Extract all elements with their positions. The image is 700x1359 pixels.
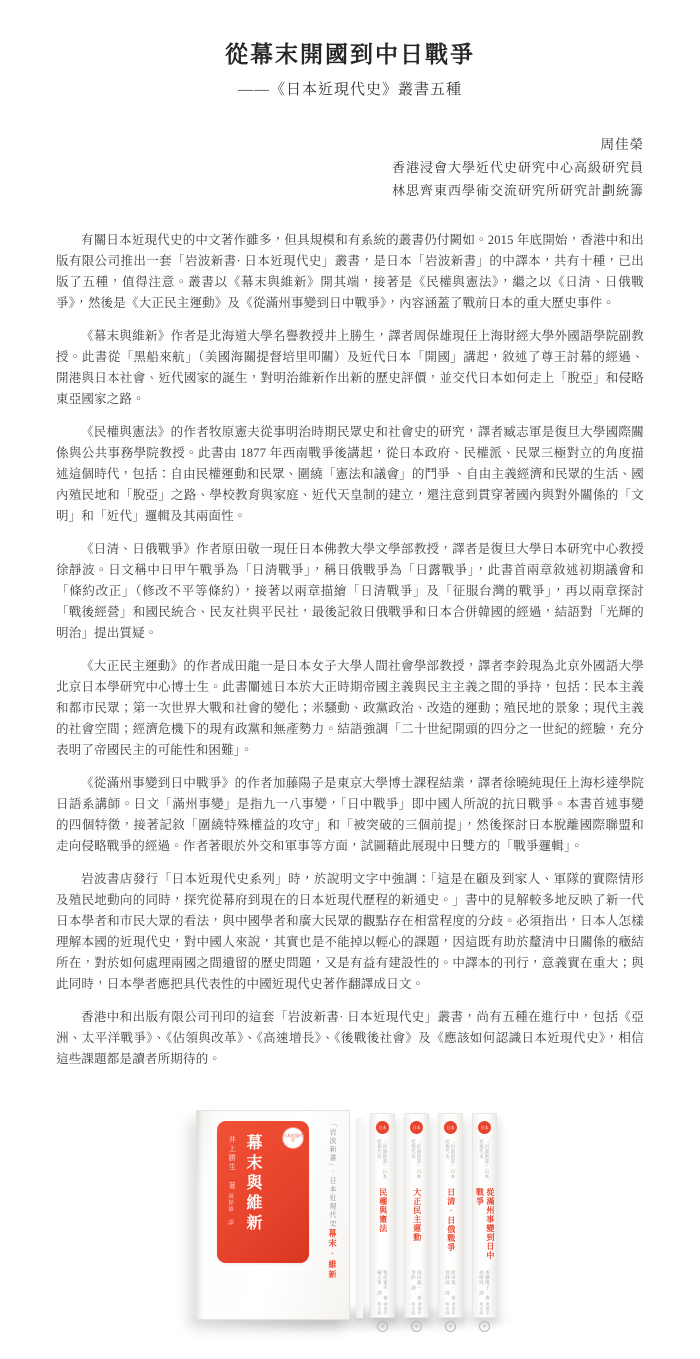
front-cover-translator: 周保雄 譯 <box>226 1193 234 1226</box>
publisher-logo-icon: 中 <box>411 1321 422 1332</box>
book-page-edge <box>356 1118 363 1318</box>
spine-authors: 原田敬一 著 徐靜波 譯 <box>445 1270 457 1302</box>
spine-title: 民權與憲法 <box>377 1188 387 1266</box>
paragraph: 有關日本近現代史的中文著作雖多，但具規模和有系統的叢書仍付闕如。2015 年底開… <box>56 230 644 314</box>
book-spine: 日本 「岩波新書」日本近現代史 大正民主運動 成田龍一 著 李鈴 譯 香港中和出… <box>404 1113 429 1318</box>
paragraph: 《幕末與維新》作者是北海道大學名譽教授井上勝生，譯者周保雄現任上海財經大學外國語… <box>56 326 644 410</box>
spine-title: 從滿州事變到日中戰爭 <box>474 1188 495 1266</box>
author-affiliation-1: 香港浸會大學近代史研究中心高級研究員 <box>56 156 644 179</box>
paragraph: 岩波書店發行「日本近現代史系列」時，於說明文字中強調：「這是在顧及到家人、軍隊的… <box>56 869 644 995</box>
publisher-logo-icon: 中 <box>479 1321 490 1332</box>
paragraph: 《日清、日俄戰爭》作者原田敬一現任日本佛教大學文學部教授，譯者是復旦大學日本研究… <box>56 539 644 644</box>
byline: 周佳榮 香港浸會大學近代史研究中心高級研究員 林思齊東西學術交流研究所研究計劃統… <box>56 133 644 202</box>
front-cover-red-panel: 日本近現代史 幕末與維新 井上勝生 著 周保雄 譯 <box>217 1121 309 1263</box>
author-name: 周佳榮 <box>56 133 644 156</box>
book-spine: 日本 「岩波新書」日本近現代史 日清·日俄戰爭 原田敬一 著 徐靜波 譯 香港中… <box>438 1113 463 1318</box>
page-subtitle: ——《日本近現代史》叢書五種 <box>56 78 644 99</box>
book-spines: 日本 「岩波新書」日本近現代史 民權與憲法 牧原憲夫 著 臧志軍 譯 香港中和出… <box>370 1113 497 1318</box>
front-cover-title: 幕末與維新 <box>244 1134 260 1234</box>
series-badge-icon: 日本近現代史 <box>283 1128 303 1148</box>
book-front-cover: 日本近現代史 幕末與維新 井上勝生 著 周保雄 譯 「岩波新書」·日本近現代史 … <box>196 1110 350 1320</box>
spine-badge-icon: 日本 <box>478 1121 491 1134</box>
spine-authors: 牧原憲夫 著 臧志軍 譯 <box>377 1270 389 1302</box>
spine-badge-icon: 日本 <box>410 1121 423 1134</box>
spine-authors: 成田龍一 著 李鈴 譯 <box>411 1270 423 1302</box>
page-title: 從幕末開國到中日戰爭 <box>56 0 644 69</box>
spine-series-label: 「岩波新書」日本近現代史 <box>479 1139 490 1183</box>
paragraph: 《大正民主運動》的作者成田龍一是日本女子大學人間社會學部教授，譯者李鈴現為北京外… <box>56 656 644 761</box>
spine-series-label: 「岩波新書」日本近現代史 <box>411 1139 422 1183</box>
spine-authors: 加藤陽子 著 徐曉純 譯 <box>479 1270 491 1302</box>
front-cover-series-red: 幕末·維新 <box>327 1229 338 1280</box>
book-spine: 日本 「岩波新書」日本近現代史 從滿州事變到日中戰爭 加藤陽子 著 徐曉純 譯 … <box>472 1113 497 1318</box>
book-spine: 日本 「岩波新書」日本近現代史 民權與憲法 牧原憲夫 著 臧志軍 譯 香港中和出… <box>370 1113 395 1318</box>
spine-series-label: 「岩波新書」日本近現代史 <box>445 1139 456 1183</box>
spine-badge-icon: 日本 <box>444 1121 457 1134</box>
spine-badge-icon: 日本 <box>376 1121 389 1134</box>
paragraph: 《從滿州事變到日中戰爭》的作者加藤陽子是東京大學博士課程結業，譯者徐曉純現任上海… <box>56 773 644 857</box>
paragraph: 香港中和出版有限公司刊印的這套「岩波新書· 日本近現代史」叢書，尚有五種在進行中… <box>56 1007 644 1070</box>
spine-publisher: 香港中和出版 <box>411 1302 423 1318</box>
article-body: 有關日本近現代史的中文著作雖多，但具規模和有系統的叢書仍付闕如。2015 年底開… <box>56 230 644 1070</box>
spine-publisher: 香港中和出版 <box>445 1302 457 1318</box>
books-photo: 日本近現代史 幕末與維新 井上勝生 著 周保雄 譯 「岩波新書」·日本近現代史 … <box>180 1092 520 1344</box>
spine-publisher: 香港中和出版 <box>377 1302 389 1318</box>
paragraph: 《民權與憲法》的作者牧原憲夫從事明治時期民眾史和社會史的研究，譯者臧志軍是復旦大… <box>56 422 644 527</box>
publisher-logo-icon: 中 <box>445 1321 456 1332</box>
spine-title: 大正民主運動 <box>411 1188 421 1266</box>
front-cover-series-label: 「岩波新書」·日本近現代史 ① <box>328 1120 338 1246</box>
front-cover-author: 井上勝生 著 <box>226 1136 237 1191</box>
spine-title: 日清·日俄戰爭 <box>445 1188 455 1266</box>
publisher-logo-icon: 中 <box>377 1321 388 1332</box>
spine-series-label: 「岩波新書」日本近現代史 <box>377 1139 388 1183</box>
spine-publisher: 香港中和出版 <box>479 1302 491 1318</box>
author-affiliation-2: 林思齊東西學術交流研究所研究計劃統籌 <box>56 179 644 202</box>
document-page: 從幕末開國到中日戰爭 ——《日本近現代史》叢書五種 周佳榮 香港浸會大學近代史研… <box>0 0 700 1359</box>
